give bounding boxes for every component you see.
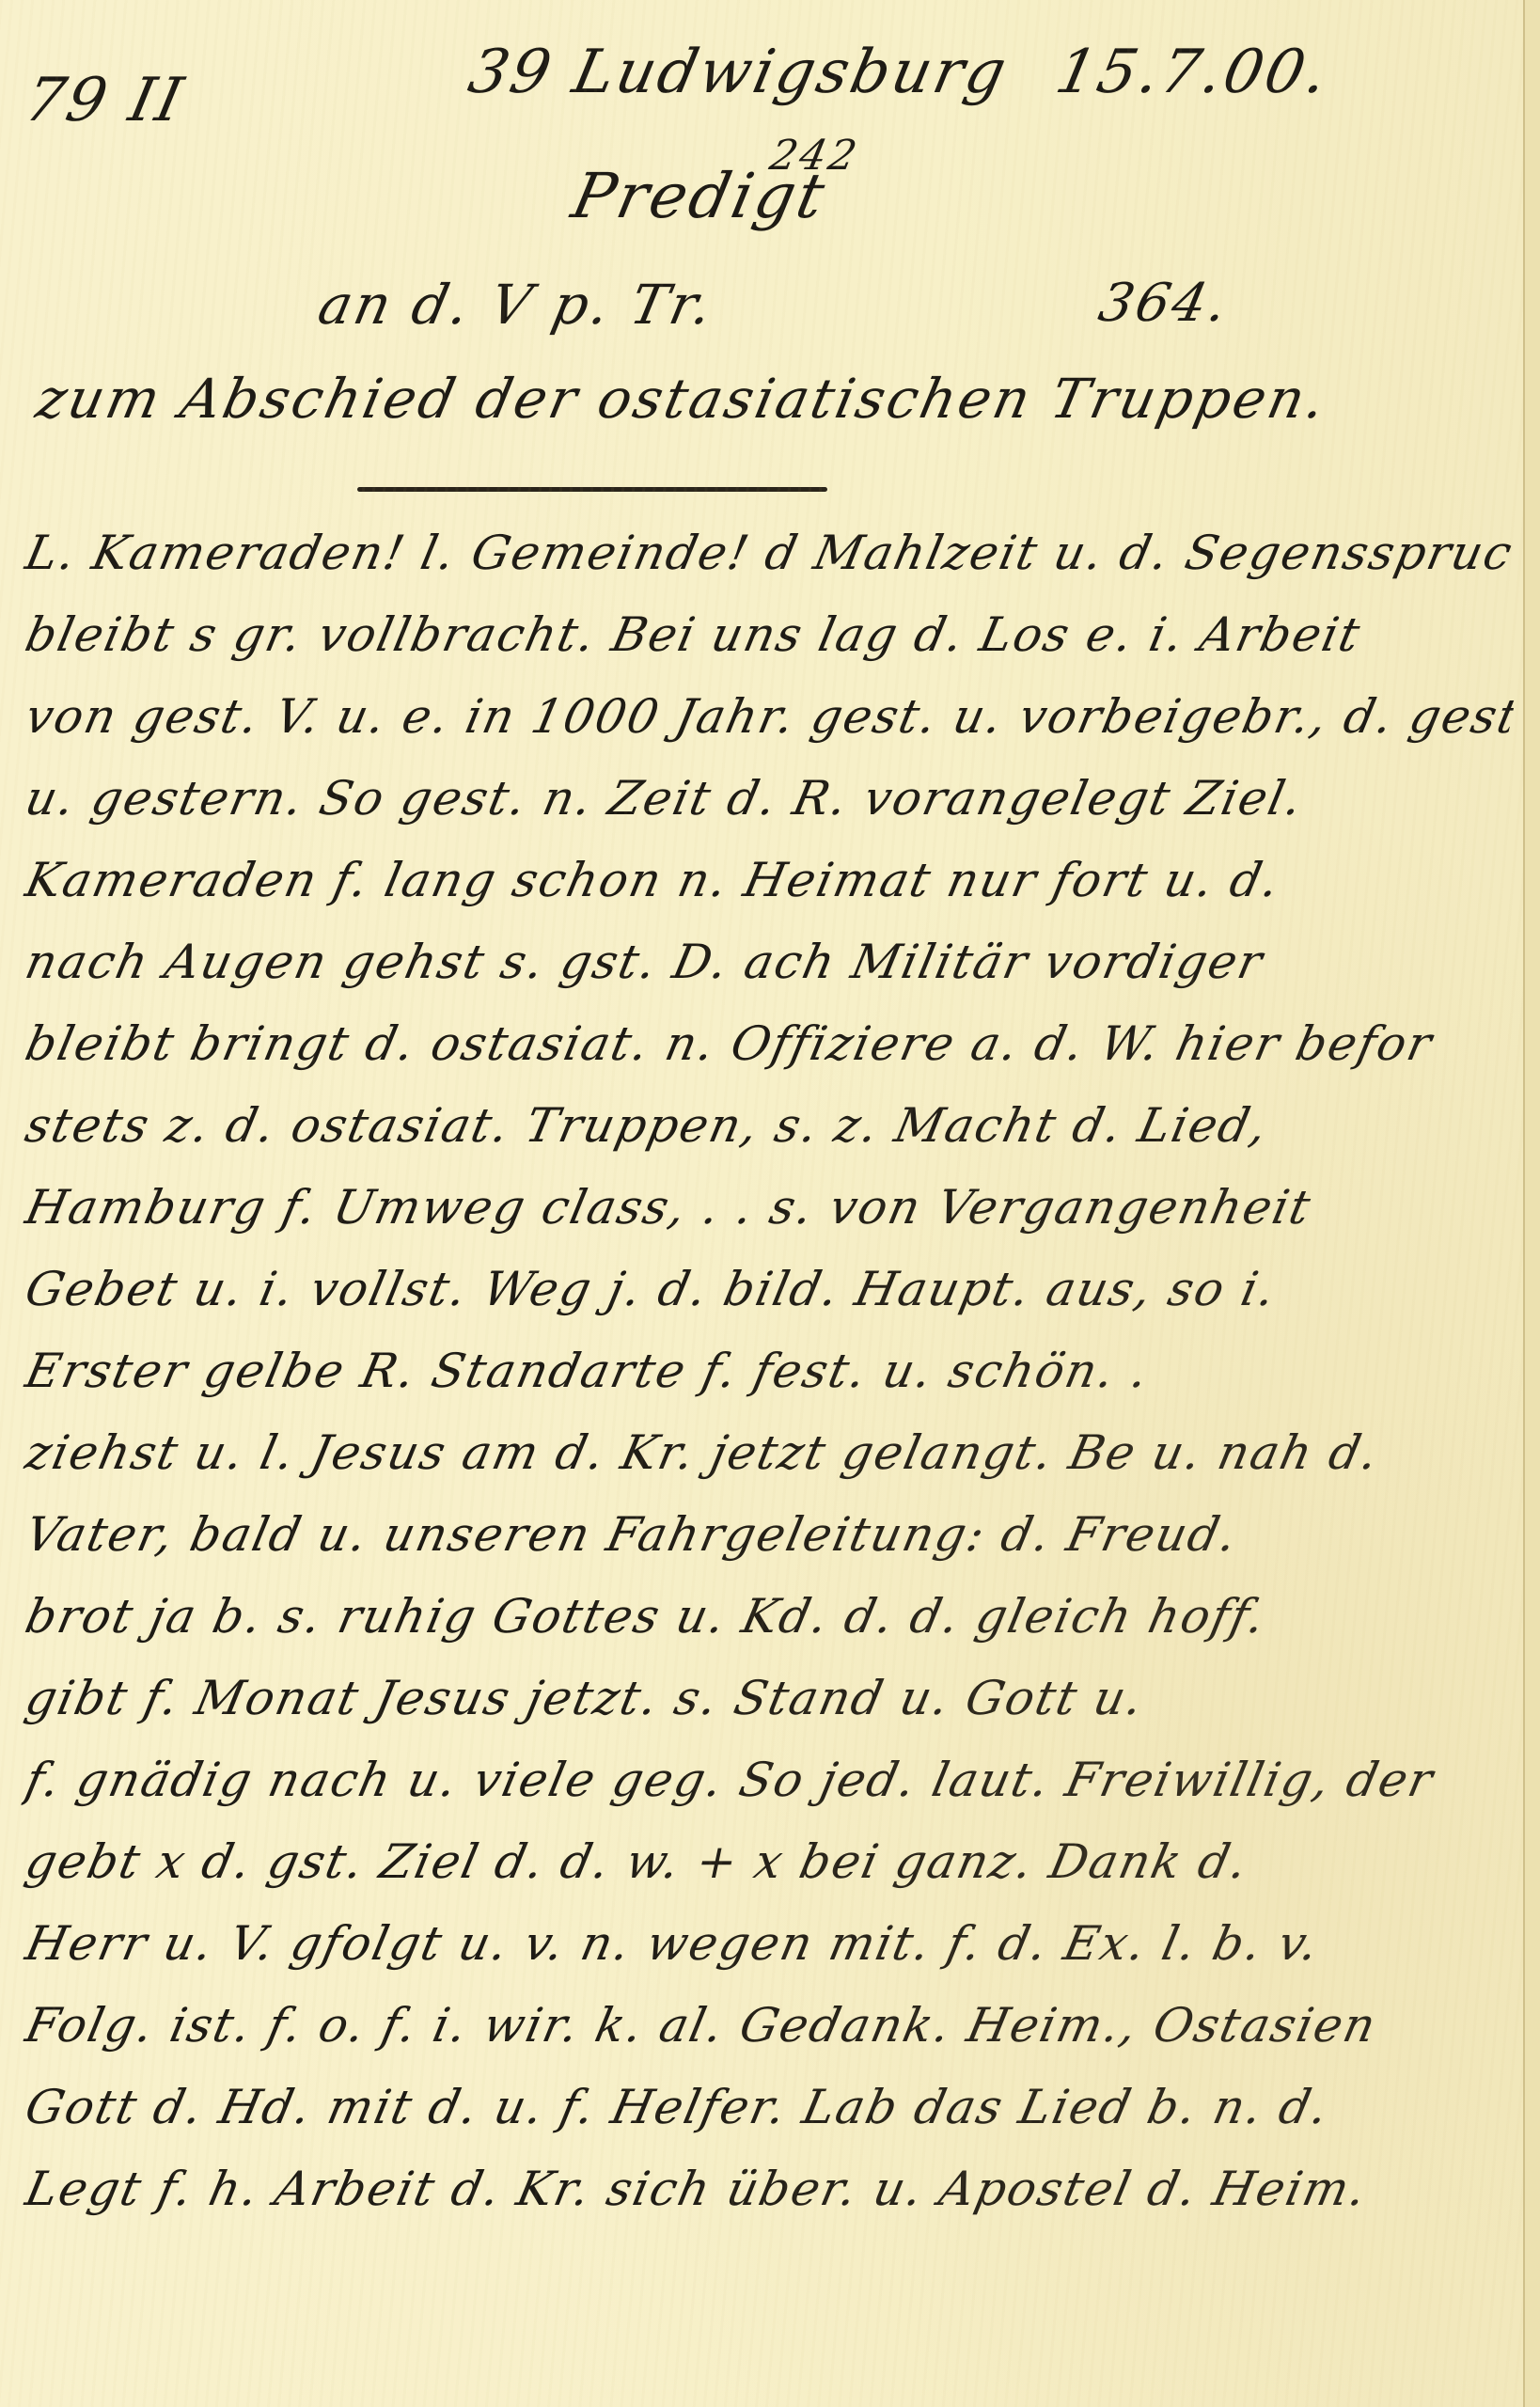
body-line: Herr u. V. gfolgt u. v. n. wegen mit. f.…: [18, 1903, 1520, 1985]
body-line: Folg. ist. f. o. f. i. wir. k. al. Gedan…: [18, 1985, 1520, 2067]
body-line: brot ja b. s. ruhig Gottes u. Kd. d. d. …: [18, 1576, 1520, 1658]
reference-364: 364.: [1093, 273, 1235, 334]
body-line: Gott d. Hd. mit d. u. f. Helfer. Lab das…: [18, 2067, 1520, 2148]
body-line: Hamburg f. Umweg class, . . s. von Verga…: [18, 1167, 1520, 1249]
occasion-line: an d. V p. Tr.: [313, 273, 721, 337]
place: Ludwigsburg: [567, 38, 1014, 107]
header-place-date: 39 Ludwigsburg 15.7.00.: [463, 38, 1336, 107]
adjacent-page-edge: [1523, 0, 1540, 2407]
body-line: nach Augen gehst s. gst. D. ach Militär …: [18, 921, 1520, 1003]
manuscript-page: 79 II 39 Ludwigsburg 15.7.00. Predigt 24…: [0, 0, 1523, 2407]
reference-242: 242: [766, 132, 864, 180]
body-line: L. Kameraden! l. Gemeinde! d Mahlzeit u.…: [18, 512, 1520, 594]
body-line: gibt f. Monat Jesus jetzt. s. Stand u. G…: [18, 1658, 1520, 1739]
catalog-mark: 79 II: [19, 66, 191, 135]
date: 15.7.00.: [1050, 38, 1336, 107]
body-line: Kameraden f. lang schon n. Heimat nur fo…: [18, 840, 1520, 921]
underline-rule: [357, 487, 827, 492]
body-line: f. gnädig nach u. viele geg. So jed. lau…: [18, 1739, 1520, 1821]
body-text: L. Kameraden! l. Gemeinde! d Mahlzeit u.…: [26, 512, 1512, 2230]
body-line: Erster gelbe R. Standarte f. fest. u. sc…: [18, 1330, 1520, 1412]
body-line: bleibt bringt d. ostasiat. n. Offiziere …: [18, 1003, 1520, 1085]
body-line: Legt f. h. Arbeit d. Kr. sich über. u. A…: [18, 2148, 1520, 2230]
body-line: bleibt s gr. vollbracht. Bei uns lag d. …: [18, 594, 1520, 676]
body-line: stets z. d. ostasiat. Truppen, s. z. Mac…: [18, 1085, 1520, 1167]
body-line: von gest. V. u. e. in 1000 Jahr. gest. u…: [18, 676, 1520, 758]
subtitle: zum Abschied der ostasiatischen Truppen.: [31, 367, 1334, 431]
page-number: 39: [463, 38, 559, 107]
body-line: gebt x d. gst. Ziel d. d. w. + x bei gan…: [18, 1821, 1520, 1903]
body-line: u. gestern. So gest. n. Zeit d. R. voran…: [18, 758, 1520, 840]
body-line: Gebet u. i. vollst. Weg j. d. bild. Haup…: [18, 1249, 1520, 1330]
body-line: ziehst u. l. Jesus am d. Kr. jetzt gelan…: [18, 1412, 1520, 1494]
body-line: Vater, bald u. unseren Fahrgeleitung: d.…: [18, 1494, 1520, 1576]
